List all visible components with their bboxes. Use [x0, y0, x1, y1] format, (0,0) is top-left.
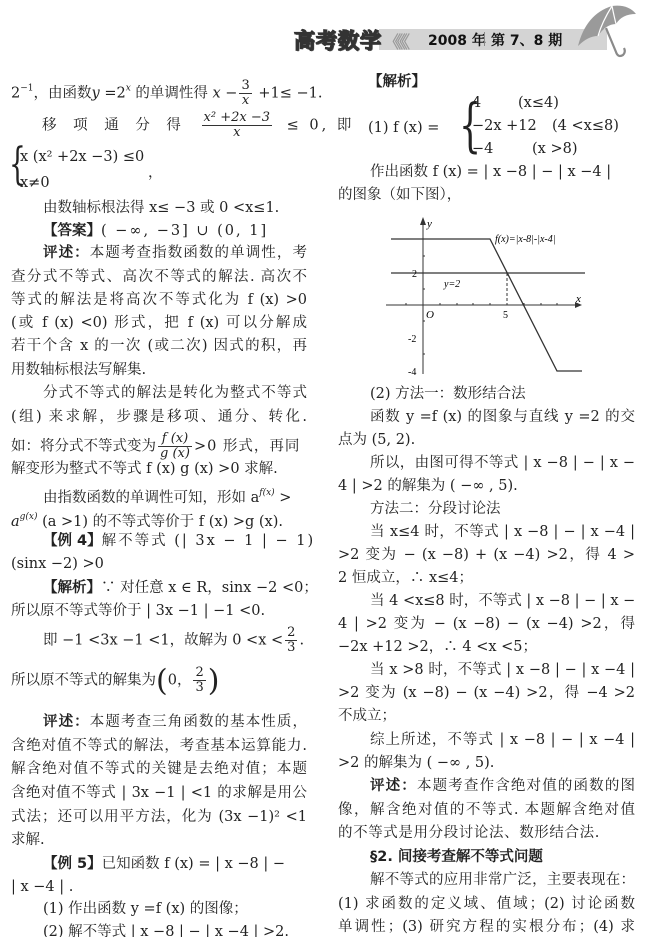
function-label: f(x)=|x-8|-|x-4| [495, 234, 556, 245]
comment-line: 含绝对值不等式 | 3x −1 | <1 的求解是用公 [11, 784, 307, 802]
text-line: 方法二：分段讨论法 [370, 500, 501, 518]
text-line: 4 | >2 的解集为 ( −∞ , 5). [338, 477, 518, 495]
text-line: 4 | >2 变为 − (x −8) − (x −4) >2，得 [338, 615, 635, 633]
example-label: 【例 5】 [43, 856, 102, 872]
piecewise-cond: (4 <x≤8) [552, 117, 619, 135]
system-comma: ， [148, 164, 163, 182]
example-4-heading: 【例 4】解不等式 (| 3x − 1 | − 1) [43, 532, 315, 550]
text-line: 由数轴标根法得 x≤ −3 或 0 <x≤1. [43, 199, 279, 217]
comment-line: 若干个含 x 的一次 (或二次) 因式的积，再 [11, 337, 307, 355]
text-line: >2 变为 − (x −8) + (x −4) >2，得 4 > [338, 546, 635, 564]
text-line: 所以原不等式等价于 | 3x −1 | −1 <0. [11, 602, 265, 620]
text-line: 由指数函数的单调性可知，形如 af(x) > [43, 484, 291, 507]
text-line: >2 的解集为 ( −∞ , 5). [338, 754, 494, 772]
text-line: 当 4 <x≤8 时，不等式 | x −8 | − | x − [370, 592, 635, 610]
text-line: 即 −1 <3x −1 <1，故解为 0 <x <23. [43, 626, 304, 655]
text-line: (1) 求函数的定义域、值域；(2) 讨论函数 [338, 895, 635, 913]
system-row: x (x² +2x −3) ≤0 [20, 148, 144, 166]
tick-label: 5 [503, 310, 508, 321]
answer-line: 【答案】( −∞, −3] ∪ (0, 1] [43, 222, 268, 240]
text-line: 2 恒成立，∴ x≤4； [338, 569, 473, 587]
text-line: 移 项 通 分 得 x² +2x −3x ≤ 0, 即 [42, 111, 354, 140]
text-line: 2−1，由函数y =2x 的单调性得 x −3x +1≤ −1. [11, 79, 322, 108]
text-line: 不成立； [338, 707, 396, 725]
solution-label: 【解析】 [368, 73, 426, 91]
solution-label: 【解析】 [43, 580, 101, 596]
text-line: 单调性；(3) 研究方程的实根分布；(4) 求 [338, 918, 635, 936]
comment-line: 评述：本题考查三角函数的基本性质， [43, 713, 307, 731]
tick-label: 2 [412, 269, 417, 280]
comment-line: (或 f (x) <0) 形式，把 f (x) 可以分解成 [11, 314, 307, 332]
text-line: >2 变为 (x −8) − (x −4) >2，得 −4 >2 [338, 684, 635, 702]
tick-label: -4 [408, 367, 416, 378]
comment-line: 像，解含绝对值的不等式. 本题解含绝对值 [338, 801, 635, 819]
solution-line: 【解析】∵ 对任意 x ∈ R，sinx −2 <0； [43, 579, 318, 597]
comment-line: 式法；还可以用平方法，化为 (3x −1)² <1 [11, 808, 307, 826]
chevrons-icon: 《《《 [384, 28, 406, 53]
text-line: 所以，由图可得不等式 | x −8 | − | x − [370, 454, 635, 472]
function-graph: f(x)=|x-8|-|x-4| y=2 x y O 2 5 -2 -4 [380, 212, 592, 378]
y-axis-label: y [426, 218, 432, 230]
piecewise-expr: −2x +12 [472, 117, 537, 135]
origin-label: O [426, 309, 434, 321]
line-label: y=2 [443, 279, 460, 290]
text-line: 如：将分式不等式变为f (x)g (x)>0 形式，再同 [11, 432, 300, 461]
section-heading: §2. 间接考查解不等式问题 [370, 848, 543, 866]
system-row: x≠0 [20, 174, 50, 192]
text-line: 解变形为整式不等式 f (x) g (x) >0 求解. [11, 460, 278, 478]
piecewise-expr: −4 [472, 140, 493, 158]
journal-title: 高考数学 [294, 25, 382, 55]
comment-line: 评述：本题考查作含绝对值的函数的图 [370, 777, 635, 795]
year-label: 2008 年 [428, 30, 486, 50]
question-2: (2) 解不等式 | x −8 | − | x −4 | >2. [43, 923, 289, 937]
text-line: 解不等式的应用非常广泛，主要表现在： [370, 871, 635, 889]
header-divider [484, 32, 485, 46]
piecewise-expr: 4 [472, 94, 481, 112]
example-5-heading: 【例 5】已知函数 f (x) = | x −8 | − [43, 855, 285, 873]
text-line: (2) 方法一：数形结合法 [370, 385, 526, 403]
comment-line: 含绝对值不等式的解法，考查基本运算能力. [11, 737, 307, 755]
comment-line: 等式的解法是将高次不等式化为 f (x) >0 [11, 291, 307, 309]
text-line: ag(x) (a >1) 的不等式等价于 f (x) >g (x). [11, 508, 283, 531]
tick-label: -2 [408, 334, 416, 345]
comment-line: 评述：本题考查指数函数的单调性，考 [43, 244, 307, 262]
piecewise-prefix: (1) f (x) = [368, 119, 439, 137]
text-line: 函数 y =f (x) 的图象与直线 y =2 的交 [370, 408, 635, 426]
text-line: 所以原不等式的解集为(0，23) [11, 666, 219, 695]
comment-line: 解含绝对值不等式的关键是去绝对值；本题 [11, 760, 307, 778]
comment-line: 求解. [11, 831, 45, 849]
text-line: | x −4 | . [11, 878, 73, 896]
piecewise-cond: (x >8) [532, 140, 577, 158]
text-line: 综上所述，不等式 | x −8 | − | x −4 | [370, 731, 635, 749]
text-line: 当 x >8 时，不等式 | x −8 | − | x −4 | [370, 661, 635, 679]
comment-line: 查分式不等式、高次不等式的解法. 高次不 [11, 268, 307, 286]
piecewise-cond: (x≤4) [518, 94, 559, 112]
text-line: (组) 来求解，步骤是移项、通分、转化. [11, 408, 307, 426]
answer-label: 【答案】 [43, 223, 101, 239]
text-line: 作出函数 f (x) = | x −8 | − | x −4 | [370, 163, 611, 181]
text-line: 当 x≤4 时，不等式 | x −8 | − | x −4 | [370, 523, 635, 541]
text-line: −2x +12 >2，∴ 4 <x <5； [338, 638, 537, 656]
text-line: (sinx −2) >0 [11, 555, 104, 573]
umbrella-icon [576, 2, 638, 60]
text-line: 分式不等式的解法是转化为整式不等式 [43, 384, 307, 402]
text-line: 的图象（如下图）， [338, 186, 461, 204]
text-line: 点为 (5, 2). [338, 431, 415, 449]
example-label: 【例 4】 [43, 533, 102, 549]
comment-line: 用数轴标根法写解集. [11, 361, 146, 379]
x-axis-label: x [575, 293, 581, 305]
comment-line: 的不等式是用分段讨论法、数形结合法. [338, 824, 600, 842]
issue-label: 第 7、8 期 [491, 30, 562, 50]
question-1: (1) 作出函数 y =f (x) 的图像； [43, 900, 248, 918]
